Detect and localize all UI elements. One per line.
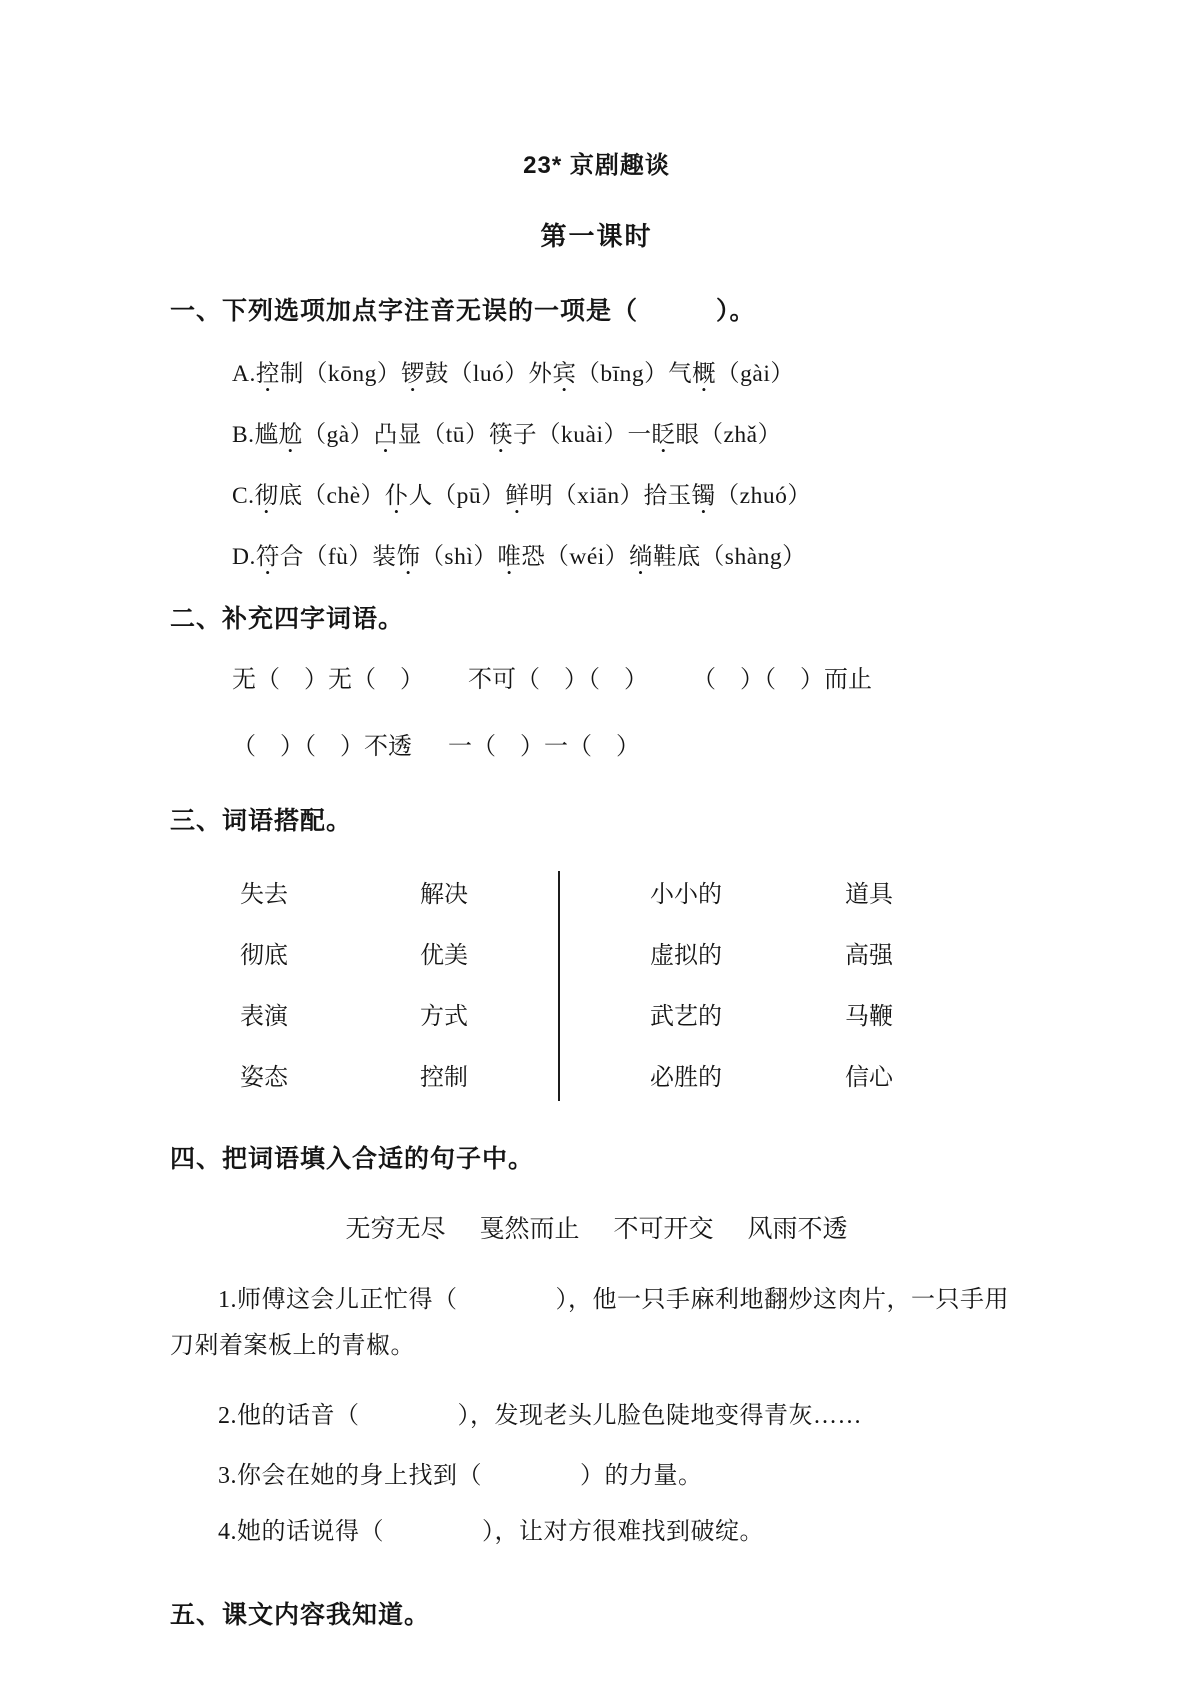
match-cell: 姿态 — [240, 1057, 420, 1092]
word-bank: 无穷无尽 戛然而止 不可开交 风雨不透 — [170, 1209, 1023, 1245]
word-matching-table: 失去 解决 小小的 道具 彻底 优美 虚拟的 高强 表演 方式 武艺的 马鞭 姿… — [170, 861, 1023, 1109]
idiom-blank-row-2: （ ）（ ）不透 一（ ）一（ ） — [232, 726, 1023, 761]
word-bank-item: 无穷无尽 — [345, 1209, 445, 1245]
match-cell: 小小的 — [650, 874, 845, 909]
match-row: 姿态 控制 必胜的 信心 — [170, 1044, 1023, 1105]
idiom-blank-row-1: 无（ ）无（ ） 不可（ ）（ ） （ ）（ ）而止 — [232, 659, 1023, 694]
page-subtitle: 第一课时 — [170, 216, 1023, 253]
match-cell: 马鞭 — [845, 996, 893, 1031]
match-cell: 武艺的 — [650, 996, 845, 1031]
divider-line — [558, 871, 560, 1101]
sentence-2: 2.他的话音（ ），发现老头儿脸色陡地变得青灰…… — [170, 1393, 1032, 1439]
word-bank-item: 戛然而止 — [479, 1209, 579, 1245]
idiom-blank: 一（ ）一（ ） — [448, 726, 640, 761]
option-a: A.控制（kōng）锣鼓（luó）外宾（bīng）气概（gài） — [232, 354, 1023, 388]
match-cell: 解决 — [420, 874, 570, 909]
idiom-blank: 无（ ）无（ ） — [232, 659, 424, 694]
match-row: 彻底 优美 虚拟的 高强 — [170, 922, 1023, 983]
match-cell: 信心 — [845, 1057, 893, 1092]
match-row: 失去 解决 小小的 道具 — [170, 861, 1023, 922]
match-cell: 虚拟的 — [650, 935, 845, 970]
match-cell: 高强 — [845, 935, 893, 970]
option-b: B.尴尬（gà）凸显（tū）筷子（kuài）一眨眼（zhǎ） — [232, 415, 1023, 449]
match-cell: 失去 — [240, 874, 420, 909]
sentence-1: 1.师傅这会儿正忙得（ ），他一只手麻利地翻炒这肉片，一只手用刀剁着案板上的青椒… — [170, 1277, 1032, 1369]
match-cell: 彻底 — [240, 935, 420, 970]
match-cell: 表演 — [240, 996, 420, 1031]
page-title: 23* 京剧趣谈 — [170, 145, 1023, 180]
option-d: D.符合（fù）装饰（shì）唯恐（wéi）绱鞋底（shàng） — [232, 537, 1023, 571]
idiom-blank: （ ）（ ）不透 — [232, 726, 412, 761]
section-2-heading: 二、补充四字词语。 — [170, 599, 1023, 635]
worksheet-page: 23* 京剧趣谈 第一课时 一、下列选项加点字注音无误的一项是（ ）。 A.控制… — [0, 0, 1191, 1684]
sentence-3: 3.你会在她的身上找到（ ）的力量。 — [170, 1453, 1032, 1499]
section-3-heading: 三、词语搭配。 — [170, 801, 1023, 837]
section-4-heading: 四、把词语填入合适的句子中。 — [170, 1139, 1023, 1175]
match-cell: 方式 — [420, 996, 570, 1031]
sentence-4: 4.她的话说得（ ），让对方很难找到破绽。 — [170, 1509, 1032, 1555]
word-bank-item: 风雨不透 — [748, 1209, 848, 1245]
match-cell: 必胜的 — [650, 1057, 845, 1092]
word-bank-item: 不可开交 — [614, 1209, 714, 1245]
match-cell: 控制 — [420, 1057, 570, 1092]
idiom-blank: （ ）（ ）而止 — [692, 659, 872, 694]
section-1-heading: 一、下列选项加点字注音无误的一项是（ ）。 — [170, 291, 1023, 327]
match-cell: 优美 — [420, 935, 570, 970]
match-row: 表演 方式 武艺的 马鞭 — [170, 983, 1023, 1044]
section-5-heading: 五、课文内容我知道。 — [170, 1595, 1023, 1631]
match-cell: 道具 — [845, 874, 893, 909]
idiom-blank: 不可（ ）（ ） — [468, 659, 648, 694]
option-c: C.彻底（chè）仆人（pū）鲜明（xiān）拾玉镯（zhuó） — [232, 476, 1023, 510]
